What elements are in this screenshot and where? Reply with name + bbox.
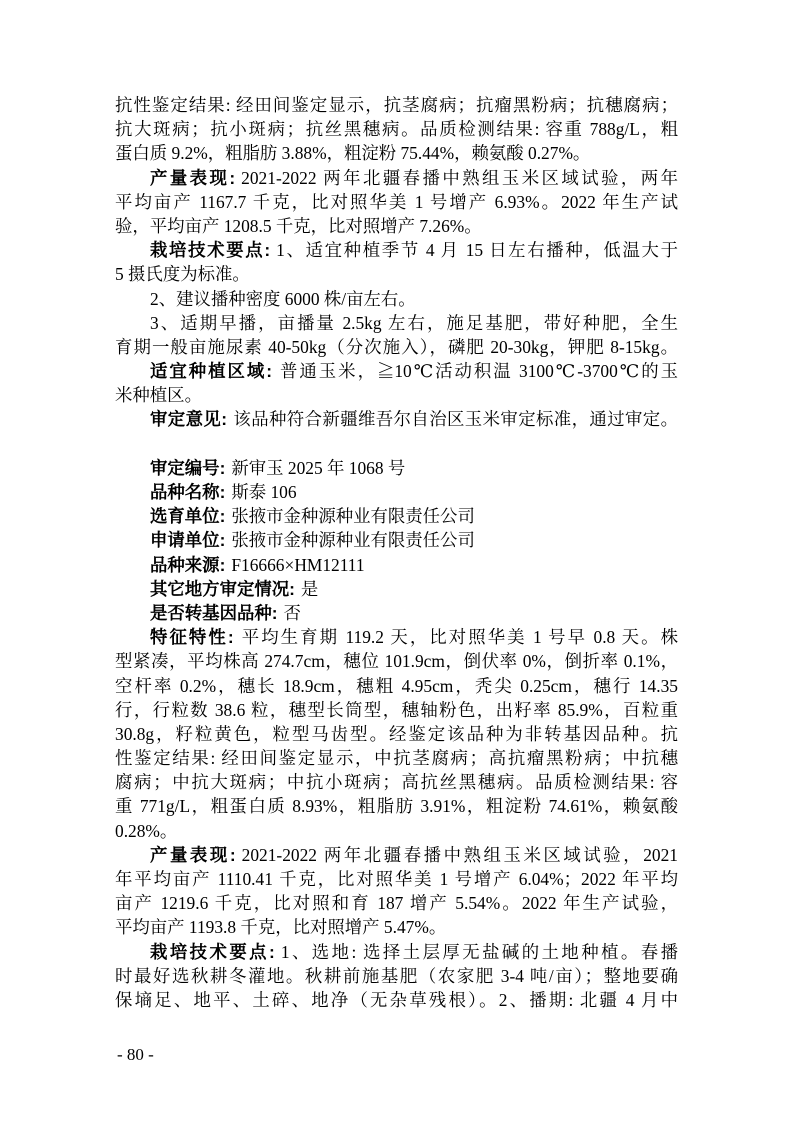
line-text: F16666×HM12111 xyxy=(231,555,364,575)
line-text: 行，行粒数 38.6 粒，穗型长筒型，穗轴粉色，出籽率 85.9%，百粒重 xyxy=(115,700,678,720)
line-text: 3、适期早播，亩播量 2.5kg 左右，施足基肥，带好种肥，全生 xyxy=(150,313,678,333)
text-line: 腐病；中抗大斑病；中抗小斑病；高抗丝黑穗病。品质检测结果: 容 xyxy=(115,770,678,794)
field-label: 审定意见: xyxy=(150,409,227,429)
field-label: 申请单位: xyxy=(150,530,225,550)
line-text: 育期一般亩施尿素 40-50kg（分次施入），磷肥 20-30kg，钾肥 8-1… xyxy=(115,337,678,357)
line-text: 保墒足、地平、土碎、地净（无杂草残根）。2、播期: 北疆 4 月中 xyxy=(115,990,678,1010)
text-line: 米种植区。 xyxy=(115,383,678,407)
text-line: 产量表现:2021-2022 两年北疆春播中熟组玉米区域试验，2021 xyxy=(115,843,678,867)
line-text: 是 xyxy=(301,579,318,599)
line-text: 张掖市金种源种业有限责任公司 xyxy=(231,530,474,550)
line-text: 空杆率 0.2%，穗长 18.9cm，穗粗 4.95cm，秃尖 0.25cm，穗… xyxy=(115,676,678,696)
line-text: 时最好选秋耕冬灌地。秋耕前施基肥（农家肥 3-4 吨/亩）；整地要确 xyxy=(115,966,678,986)
text-line: 选育单位:张掖市金种源种业有限责任公司 xyxy=(115,504,678,528)
text-line: 蛋白质 9.2%，粗脂肪 3.88%，粗淀粉 75.44%，赖氨酸 0.27%。 xyxy=(115,141,678,165)
line-text: 型紧凑，平均株高 274.7cm，穗位 101.9cm，倒伏率 0%，倒折率 0… xyxy=(115,651,678,671)
text-line: 年平均亩产 1110.41 千克，比对照华美 1 号增产 6.04%；2022 … xyxy=(115,867,678,891)
text-line: 产量表现:2021-2022 两年北疆春播中熟组玉米区域试验，两年 xyxy=(115,166,678,190)
line-text: 平均亩产 1193.8 千克，比对照增产 5.47%。 xyxy=(115,917,446,937)
line-text: 否 xyxy=(284,603,301,623)
field-label: 品种来源: xyxy=(150,555,225,575)
text-line: 平均亩产 1167.7 千克，比对照华美 1 号增产 6.93%。2022 年生… xyxy=(115,190,678,214)
text-line: 栽培技术要点:1、选地: 选择土层厚无盐碱的土地种植。春播 xyxy=(115,940,678,964)
text-line: 其它地方审定情况:是 xyxy=(115,577,678,601)
field-label: 选育单位: xyxy=(150,506,225,526)
line-text: 腐病；中抗大斑病；中抗小斑病；高抗丝黑穗病。品质检测结果: 容 xyxy=(115,772,678,792)
line-text: 0.28%。 xyxy=(115,821,177,841)
text-line: 5 摄氏度为标准。 xyxy=(115,262,678,286)
text-line: 30.8g，籽粒黄色，粒型马齿型。经鉴定该品种为非转基因品种。抗 xyxy=(115,722,678,746)
text-line: 空杆率 0.2%，穗长 18.9cm，穗粗 4.95cm，秃尖 0.25cm，穗… xyxy=(115,674,678,698)
line-text: 1、选地: 选择土层厚无盐碱的土地种植。春播 xyxy=(281,942,678,962)
text-line: 亩产 1219.6 千克，比对照和育 187 增产 5.54%。2022 年生产… xyxy=(115,891,678,915)
field-label: 品种名称: xyxy=(150,482,225,502)
line-text: 5 摄氏度为标准。 xyxy=(115,264,250,284)
line-text: 2021-2022 两年北疆春播中熟组玉米区域试验，两年 xyxy=(241,168,678,188)
line-text: 2、建议播种密度 6000 株/亩左右。 xyxy=(150,289,416,309)
line-text: 平均亩产 1167.7 千克，比对照华美 1 号增产 6.93%。2022 年生… xyxy=(115,192,678,212)
field-label: 栽培技术要点: xyxy=(150,942,275,962)
text-line: 抗性鉴定结果: 经田间鉴定显示，抗茎腐病；抗瘤黑粉病；抗穗腐病； xyxy=(115,93,678,117)
line-text: 验，平均亩产 1208.5 千克，比对照增产 7.26%。 xyxy=(115,216,482,236)
line-text: 张掖市金种源种业有限责任公司 xyxy=(231,506,474,526)
text-line: 平均亩产 1193.8 千克，比对照增产 5.47%。 xyxy=(115,915,678,939)
field-label: 适宜种植区域: xyxy=(150,361,272,381)
text-line: 时最好选秋耕冬灌地。秋耕前施基肥（农家肥 3-4 吨/亩）；整地要确 xyxy=(115,964,678,988)
field-label: 特征特性: xyxy=(150,627,234,647)
text-line: 特征特性:平均生育期 119.2 天，比对照华美 1 号早 0.8 天。株 xyxy=(115,625,678,649)
document-page: 抗性鉴定结果: 经田间鉴定显示，抗茎腐病；抗瘤黑粉病；抗穗腐病；抗大斑病；抗小斑… xyxy=(0,0,793,1122)
text-line: 品种来源:F16666×HM12111 xyxy=(115,553,678,577)
document-body: 抗性鉴定结果: 经田间鉴定显示，抗茎腐病；抗瘤黑粉病；抗穗腐病；抗大斑病；抗小斑… xyxy=(115,93,678,1012)
text-line xyxy=(115,432,678,456)
line-text: 新审玉 2025 年 1068 号 xyxy=(231,458,405,478)
text-line: 申请单位:张掖市金种源种业有限责任公司 xyxy=(115,528,678,552)
line-text: 平均生育期 119.2 天，比对照华美 1 号早 0.8 天。株 xyxy=(240,627,678,647)
text-line: 栽培技术要点:1、适宜种植季节 4 月 15 日左右播种，低温大于 xyxy=(115,238,678,262)
text-line: 型紧凑，平均株高 274.7cm，穗位 101.9cm，倒伏率 0%，倒折率 0… xyxy=(115,649,678,673)
line-text: 性鉴定结果: 经田间鉴定显示，中抗茎腐病；高抗瘤黑粉病；中抗穗 xyxy=(115,748,678,768)
text-line: 审定意见:该品种符合新疆维吾尔自治区玉米审定标准，通过审定。 xyxy=(115,407,678,431)
line-text: 该品种符合新疆维吾尔自治区玉米审定标准，通过审定。 xyxy=(233,409,678,429)
field-label: 栽培技术要点: xyxy=(150,240,270,260)
line-text: 亩产 1219.6 千克，比对照和育 187 增产 5.54%。2022 年生产… xyxy=(115,893,678,913)
field-label: 其它地方审定情况: xyxy=(150,579,295,599)
text-line: 性鉴定结果: 经田间鉴定显示，中抗茎腐病；高抗瘤黑粉病；中抗穗 xyxy=(115,746,678,770)
text-line: 是否转基因品种:否 xyxy=(115,601,678,625)
line-text: 重 771g/L，粗蛋白质 8.93%，粗脂肪 3.91%，粗淀粉 74.61%… xyxy=(115,796,678,816)
line-text: 2021-2022 两年北疆春播中熟组玉米区域试验，2021 xyxy=(242,845,678,865)
text-line: 验，平均亩产 1208.5 千克，比对照增产 7.26%。 xyxy=(115,214,678,238)
line-text: 抗性鉴定结果: 经田间鉴定显示，抗茎腐病；抗瘤黑粉病；抗穗腐病； xyxy=(115,95,678,115)
text-line: 重 771g/L，粗蛋白质 8.93%，粗脂肪 3.91%，粗淀粉 74.61%… xyxy=(115,794,678,818)
field-label: 产量表现: xyxy=(150,845,236,865)
text-line: 保墒足、地平、土碎、地净（无杂草残根）。2、播期: 北疆 4 月中 xyxy=(115,988,678,1012)
text-line: 育期一般亩施尿素 40-50kg（分次施入），磷肥 20-30kg，钾肥 8-1… xyxy=(115,335,678,359)
line-text: 抗大斑病；抗小斑病；抗丝黑穗病。品质检测结果: 容重 788g/L，粗 xyxy=(115,119,678,139)
line-text: 年平均亩产 1110.41 千克，比对照华美 1 号增产 6.04%；2022 … xyxy=(115,869,678,889)
line-text: 普通玉米，≧10℃活动积温 3100℃-3700℃的玉 xyxy=(278,361,678,381)
text-line: 2、建议播种密度 6000 株/亩左右。 xyxy=(115,287,678,311)
text-line: 3、适期早播，亩播量 2.5kg 左右，施足基肥，带好种肥，全生 xyxy=(115,311,678,335)
line-text: 米种植区。 xyxy=(115,385,202,405)
page-number: - 80 - xyxy=(117,1045,154,1065)
text-line: 0.28%。 xyxy=(115,819,678,843)
text-line: 抗大斑病；抗小斑病；抗丝黑穗病。品质检测结果: 容重 788g/L，粗 xyxy=(115,117,678,141)
line-text: 蛋白质 9.2%，粗脂肪 3.88%，粗淀粉 75.44%，赖氨酸 0.27%。 xyxy=(115,143,590,163)
text-line: 品种名称:斯泰 106 xyxy=(115,480,678,504)
text-line: 行，行粒数 38.6 粒，穗型长筒型，穗轴粉色，出籽率 85.9%，百粒重 xyxy=(115,698,678,722)
field-label: 产量表现: xyxy=(150,168,235,188)
line-text: 30.8g，籽粒黄色，粒型马齿型。经鉴定该品种为非转基因品种。抗 xyxy=(115,724,678,744)
field-label: 是否转基因品种: xyxy=(150,603,278,623)
text-line: 适宜种植区域:普通玉米，≧10℃活动积温 3100℃-3700℃的玉 xyxy=(115,359,678,383)
line-text: 斯泰 106 xyxy=(231,482,296,502)
line-text: 1、适宜种植季节 4 月 15 日左右播种，低温大于 xyxy=(276,240,678,260)
field-label: 审定编号: xyxy=(150,458,225,478)
text-line: 审定编号:新审玉 2025 年 1068 号 xyxy=(115,456,678,480)
